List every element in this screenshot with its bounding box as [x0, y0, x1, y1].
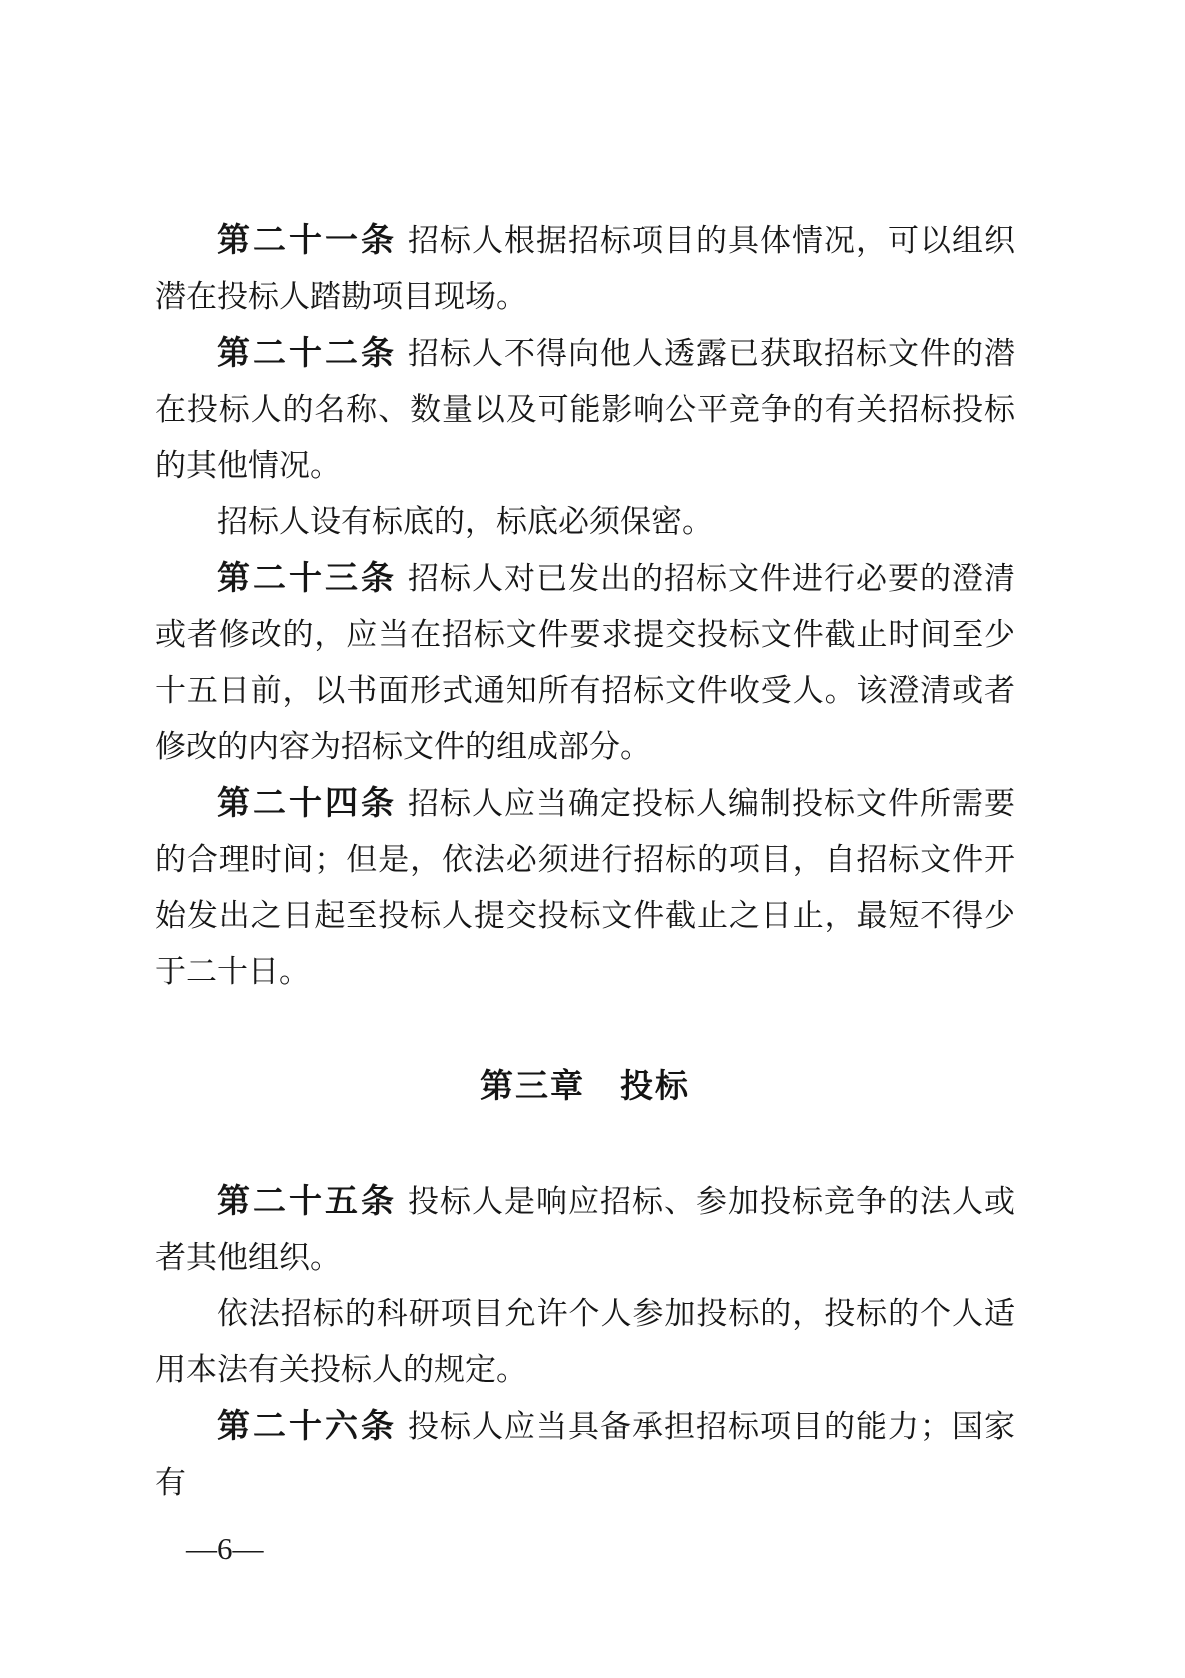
article-22-number: 第二十二条	[217, 334, 397, 371]
paragraph-text: 招标人设有标底的，标底必须保密。	[217, 504, 713, 539]
article-24-paragraph: 第二十四条招标人应当确定投标人编制投标文件所需要的合理时间；但是，依法必须进行招…	[155, 775, 1015, 1000]
chapter-3-heading: 第三章 投标	[155, 1058, 1015, 1114]
body-paragraph-secret-base-price: 招标人设有标底的，标底必须保密。	[155, 494, 1015, 550]
page-number: —6—	[186, 1526, 264, 1572]
document-page: 第二十一条招标人根据招标项目的具体情况，可以组织潜在投标人踏勘项目现场。 第二十…	[0, 0, 1185, 1678]
article-23-number: 第二十三条	[217, 559, 397, 596]
article-26-paragraph: 第二十六条投标人应当具备承担招标项目的能力；国家有	[155, 1398, 1015, 1511]
article-25-number: 第二十五条	[217, 1182, 397, 1219]
body-paragraph-individual-bidders: 依法招标的科研项目允许个人参加投标的，投标的个人适用本法有关投标人的规定。	[155, 1286, 1015, 1398]
document-body: 第二十一条招标人根据招标项目的具体情况，可以组织潜在投标人踏勘项目现场。 第二十…	[155, 212, 1015, 1511]
article-22-paragraph: 第二十二条招标人不得向他人透露已获取招标文件的潜在投标人的名称、数量以及可能影响…	[155, 325, 1015, 494]
article-21-number: 第二十一条	[217, 221, 397, 258]
article-26-number: 第二十六条	[217, 1407, 397, 1444]
article-24-number: 第二十四条	[217, 784, 397, 821]
article-23-paragraph: 第二十三条招标人对已发出的招标文件进行必要的澄清或者修改的，应当在招标文件要求提…	[155, 550, 1015, 775]
paragraph-text: 依法招标的科研项目允许个人参加投标的，投标的个人适用本法有关投标人的规定。	[155, 1296, 1015, 1387]
article-25-paragraph: 第二十五条投标人是响应招标、参加投标竞争的法人或者其他组织。	[155, 1173, 1015, 1286]
article-21-paragraph: 第二十一条招标人根据招标项目的具体情况，可以组织潜在投标人踏勘项目现场。	[155, 212, 1015, 325]
